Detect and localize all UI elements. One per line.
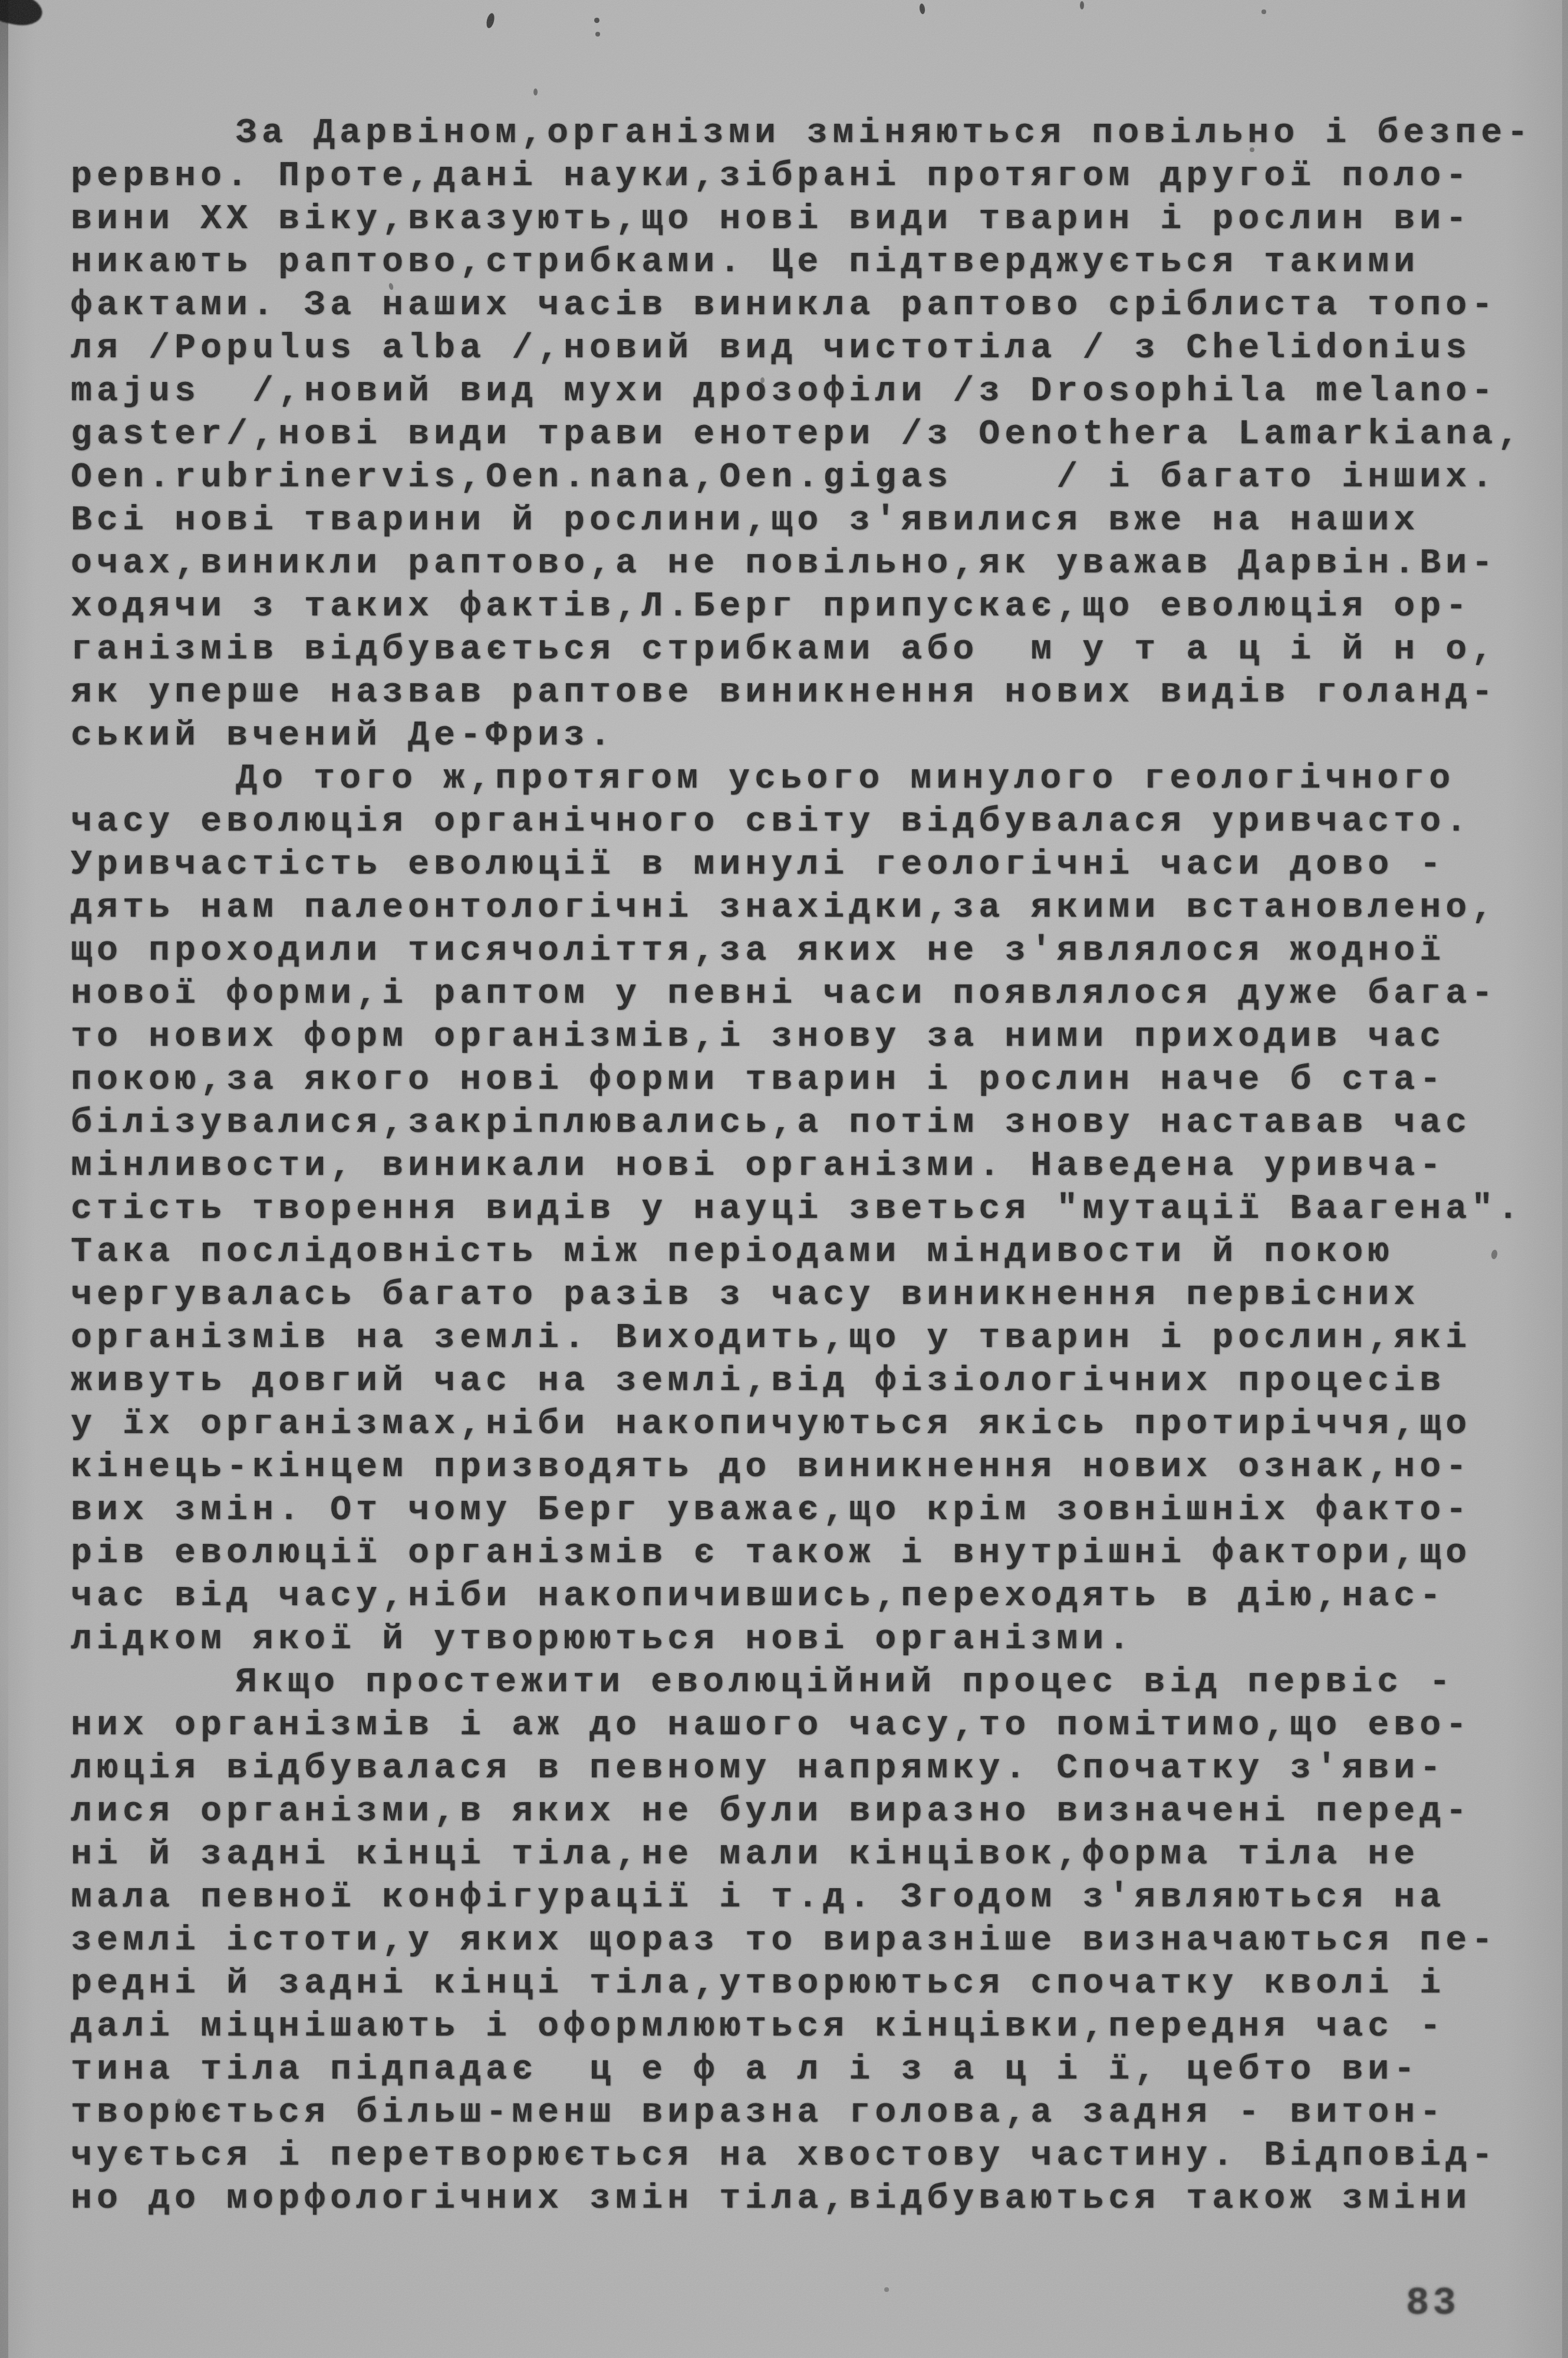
ink-speck — [1261, 9, 1266, 14]
text-line: живуть довгий час на землі,від фізіологі… — [71, 1360, 1550, 1403]
text-line: фактами. За наших часів виникла раптово … — [71, 284, 1550, 327]
text-line: очах,виникли раптово,а не повільно,як ув… — [71, 542, 1550, 585]
text-line: рів еволюції організмів є також і внутрі… — [71, 1532, 1550, 1575]
text-line: Уривчастість еволюції в минулі геологічн… — [71, 844, 1550, 887]
text-line: За Дарвіном,організми зміняються повільн… — [71, 112, 1550, 155]
text-line: тина тіла підпадає ц е ф а л і з а ц і ї… — [71, 2049, 1550, 2092]
ink-speck — [884, 2287, 889, 2292]
scan-edge-left — [0, 0, 8, 2358]
text-line: лися організми,в яких не були виразно ви… — [71, 1790, 1550, 1833]
text-line: білізувалися,закріплювались,а потім знов… — [71, 1102, 1550, 1145]
text-line: люція відбувалася в певному напрямку. Сп… — [71, 1747, 1550, 1790]
text-line: Oen.rubrinervis,Oen.nana,Oen.gigas / і б… — [71, 456, 1550, 499]
ink-speck — [485, 12, 496, 29]
text-line: но до морфологічних змін тіла,відбувають… — [71, 2178, 1550, 2221]
text-line: чується і перетворюється на хвостову час… — [71, 2135, 1550, 2178]
text-line: землі істоти,у яких щораз то виразніше в… — [71, 1919, 1550, 1962]
text-line: час від часу,ніби накопичившись,переходя… — [71, 1575, 1550, 1618]
document-lines: За Дарвіном,організми зміняються повільн… — [71, 112, 1550, 2221]
text-line: Всі нові тварини й рослини,що з'явилися … — [71, 499, 1550, 542]
text-line: покою,за якого нові форми тварин і росли… — [71, 1059, 1550, 1102]
text-line: gaster/,нові види трави енотери /з Oenot… — [71, 413, 1550, 456]
ink-speck — [595, 32, 600, 37]
text-line: як уперше назвав раптове виникнення нови… — [71, 671, 1550, 714]
text-line: мінливости, виникали нові організми. Нав… — [71, 1145, 1550, 1188]
text-line: редні й задні кінці тіла,утворюються спо… — [71, 1962, 1550, 2005]
text-line: вих змін. От чому Берг уважає,що крім зо… — [71, 1489, 1550, 1532]
page-number: 83 — [1406, 2281, 1460, 2326]
scan-edge-right — [1562, 0, 1568, 2358]
text-line: Якщо простежити еволюційний процес від п… — [71, 1661, 1550, 1704]
text-line: ський вчений Де-Фриз. — [71, 714, 1550, 758]
text-line: ганізмів відбувається стрибками або м у … — [71, 628, 1550, 671]
text-line: то нових форм організмів,і знову за ними… — [71, 1016, 1550, 1059]
text-line: організмів на землі. Виходить,що у твари… — [71, 1317, 1550, 1360]
text-line: що проходили тисячоліття,за яких не з'яв… — [71, 930, 1550, 973]
text-line: дять нам палеонтологічні знахідки,за яки… — [71, 887, 1550, 930]
text-line: Така послідовність між періодами міндиво… — [71, 1231, 1550, 1274]
text-line: никають раптово,стрибками. Це підтверджу… — [71, 241, 1550, 284]
text-line: лідком якої й утворюються нові організми… — [71, 1618, 1550, 1661]
document-page: За Дарвіном,організми зміняються повільн… — [0, 0, 1568, 2358]
text-line: них організмів і аж до нашого часу,то по… — [71, 1704, 1550, 1747]
text-line: нової форми,і раптом у певні часи появля… — [71, 973, 1550, 1016]
ink-speck — [533, 88, 538, 95]
text-line: До того ж,протягом усього минулого геоло… — [71, 758, 1550, 801]
text-line: мала певної конфігурації і т.д. Згодом з… — [71, 1876, 1550, 1919]
text-line: у їх організмах,ніби накопичуються якісь… — [71, 1403, 1550, 1446]
text-line: чергувалась багато разів з часу виникнен… — [71, 1274, 1550, 1317]
text-line: ходячи з таких фактів,Л.Берг припускає,щ… — [71, 585, 1550, 628]
text-line: стість творення видів у науці зветься "м… — [71, 1188, 1550, 1231]
text-line: творюється більш-менш виразна голова,а з… — [71, 2092, 1550, 2135]
text-line: majus /,новий вид мухи дрозофіли /з Dros… — [71, 370, 1550, 413]
text-line: кінець-кінцем призводять до виникнення н… — [71, 1446, 1550, 1489]
ink-speck — [594, 18, 599, 23]
ink-speck — [919, 3, 925, 14]
text-line: рервно. Проте,дані науки,зібрані протяго… — [71, 155, 1550, 198]
text-line: ні й задні кінці тіла,не мали кінцівок,ф… — [71, 1833, 1550, 1876]
text-line: далі міцнішають і оформлюються кінцівки,… — [71, 2005, 1550, 2049]
text-line: часу еволюція органічного світу відбувал… — [71, 801, 1550, 844]
text-line: вини XX віку,вказують,що нові види твари… — [71, 198, 1550, 241]
text-line: ля /Populus alba /,новий вид чистотіла /… — [71, 327, 1550, 370]
ink-speck — [1080, 1, 1084, 9]
